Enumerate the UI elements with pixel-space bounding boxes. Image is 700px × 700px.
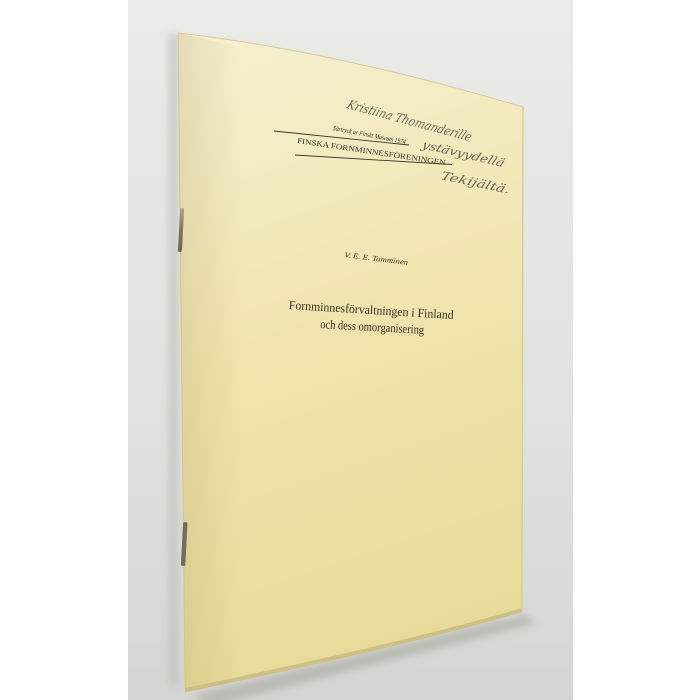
spine-cast-shadow bbox=[169, 34, 178, 686]
photo-canvas: Kristiina Thomanderille ystävyydellä Tek… bbox=[0, 0, 700, 700]
spine-fold-shading bbox=[178, 33, 246, 692]
booklet-product-photo: Kristiina Thomanderille ystävyydellä Tek… bbox=[0, 0, 700, 700]
